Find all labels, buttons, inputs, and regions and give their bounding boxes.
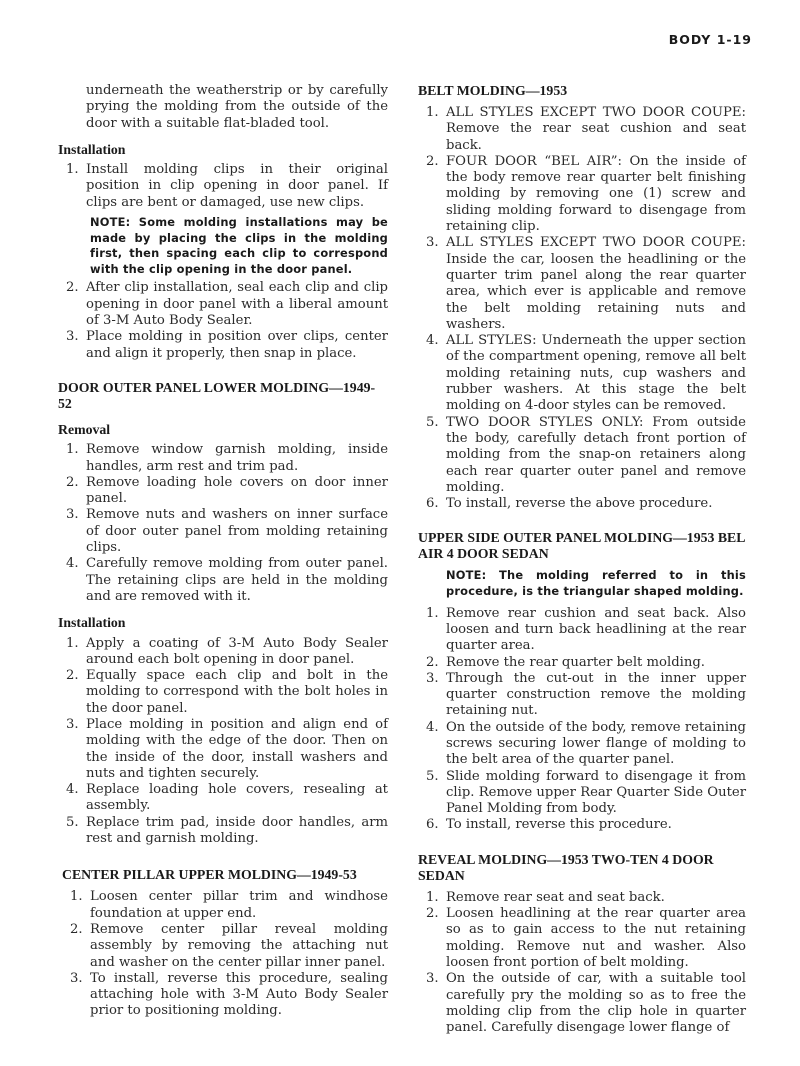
list-item: 5.TWO DOOR STYLES ONLY: From outside the… <box>418 415 746 496</box>
list-item: 1.Remove rear seat and seat back. <box>418 890 746 906</box>
list-item: 5.Replace trim pad, inside door handles,… <box>58 815 388 848</box>
belt-steps: 1.ALL STYLES EXCEPT TWO DOOR COUPE: Remo… <box>418 105 746 512</box>
list-item: 2.Remove the rear quarter belt molding. <box>418 655 746 671</box>
installation-steps-cont: 2.After clip installation, seal each cli… <box>58 280 388 361</box>
list-item: 2.After clip installation, seal each cli… <box>58 280 388 329</box>
list-item: 3.Remove nuts and washers on inner surfa… <box>58 507 388 556</box>
list-item: 1.Remove rear cushion and seat back. Als… <box>418 606 746 655</box>
list-item: 2.Remove loading hole covers on door inn… <box>58 475 388 508</box>
list-item: 1.Remove window garnish molding, inside … <box>58 442 388 475</box>
list-item: 1.Install molding clips in their origina… <box>58 162 388 211</box>
list-item: 1.ALL STYLES EXCEPT TWO DOOR COUPE: Remo… <box>418 105 746 154</box>
page-header: BODY 1-19 <box>669 32 752 47</box>
installation-steps-2: 1.Apply a coating of 3-M Auto Body Seale… <box>58 636 388 848</box>
section-heading-center-pillar: CENTER PILLAR UPPER MOLDING—1949-53 <box>58 867 388 883</box>
section-heading-reveal: REVEAL MOLDING—1953 TWO-TEN 4 DOOR SEDAN <box>418 852 746 884</box>
list-item: 4.Replace loading hole covers, resealing… <box>58 782 388 815</box>
list-item: 2.Remove center pillar reveal molding as… <box>62 922 388 971</box>
center-pillar-steps: 1.Loosen center pillar trim and windhose… <box>58 889 388 1019</box>
list-item: 3.Place molding in position over clips, … <box>58 329 388 362</box>
list-item: 3.On the outside of car, with a suitable… <box>418 971 746 1036</box>
list-item: 4.Carefully remove molding from outer pa… <box>58 556 388 605</box>
list-item: 3.ALL STYLES EXCEPT TWO DOOR COUPE: Insi… <box>418 235 746 333</box>
removal-heading: Removal <box>58 422 388 438</box>
note-text: NOTE: Some molding installations may be … <box>90 215 388 277</box>
installation-steps: 1.Install molding clips in their origina… <box>58 162 388 211</box>
note-text: NOTE: The molding referred to in this pr… <box>446 568 746 599</box>
installation-heading: Installation <box>58 142 388 158</box>
section-heading-door-outer: DOOR OUTER PANEL LOWER MOLDING—1949-52 <box>58 380 388 412</box>
list-item: 2.Loosen headlining at the rear quarter … <box>418 906 746 971</box>
list-item: 2.FOUR DOOR “BEL AIR”: On the inside of … <box>418 154 746 235</box>
section-heading-belt: BELT MOLDING—1953 <box>418 83 746 99</box>
section-heading-upper-side: UPPER SIDE OUTER PANEL MOLDING—1953 BEL … <box>418 530 746 562</box>
list-item: 4.ALL STYLES: Underneath the upper secti… <box>418 333 746 414</box>
list-item: 5.Slide molding forward to disengage it … <box>418 769 746 818</box>
list-item: 3.Through the cut-out in the inner upper… <box>418 671 746 720</box>
installation-heading-2: Installation <box>58 615 388 631</box>
list-item: 6.To install, reverse the above procedur… <box>418 496 746 512</box>
list-item: 2.Equally space each clip and bolt in th… <box>58 668 388 717</box>
continuation-paragraph: underneath the weatherstrip or by carefu… <box>58 83 388 132</box>
upper-side-steps: 1.Remove rear cushion and seat back. Als… <box>418 606 746 834</box>
list-item: 6.To install, reverse this procedure. <box>418 817 746 833</box>
list-item: 4.On the outside of the body, remove ret… <box>418 720 746 769</box>
list-item: 3.Place molding in position and align en… <box>58 717 388 782</box>
list-item: 3.To install, reverse this procedure, se… <box>62 971 388 1020</box>
list-item: 1.Apply a coating of 3-M Auto Body Seale… <box>58 636 388 669</box>
list-item: 1.Loosen center pillar trim and windhose… <box>62 889 388 922</box>
removal-steps: 1.Remove window garnish molding, inside … <box>58 442 388 605</box>
right-column: BELT MOLDING—1953 1.ALL STYLES EXCEPT TW… <box>418 83 746 1036</box>
left-column: underneath the weatherstrip or by carefu… <box>58 83 388 1020</box>
reveal-steps: 1.Remove rear seat and seat back. 2.Loos… <box>418 890 746 1037</box>
